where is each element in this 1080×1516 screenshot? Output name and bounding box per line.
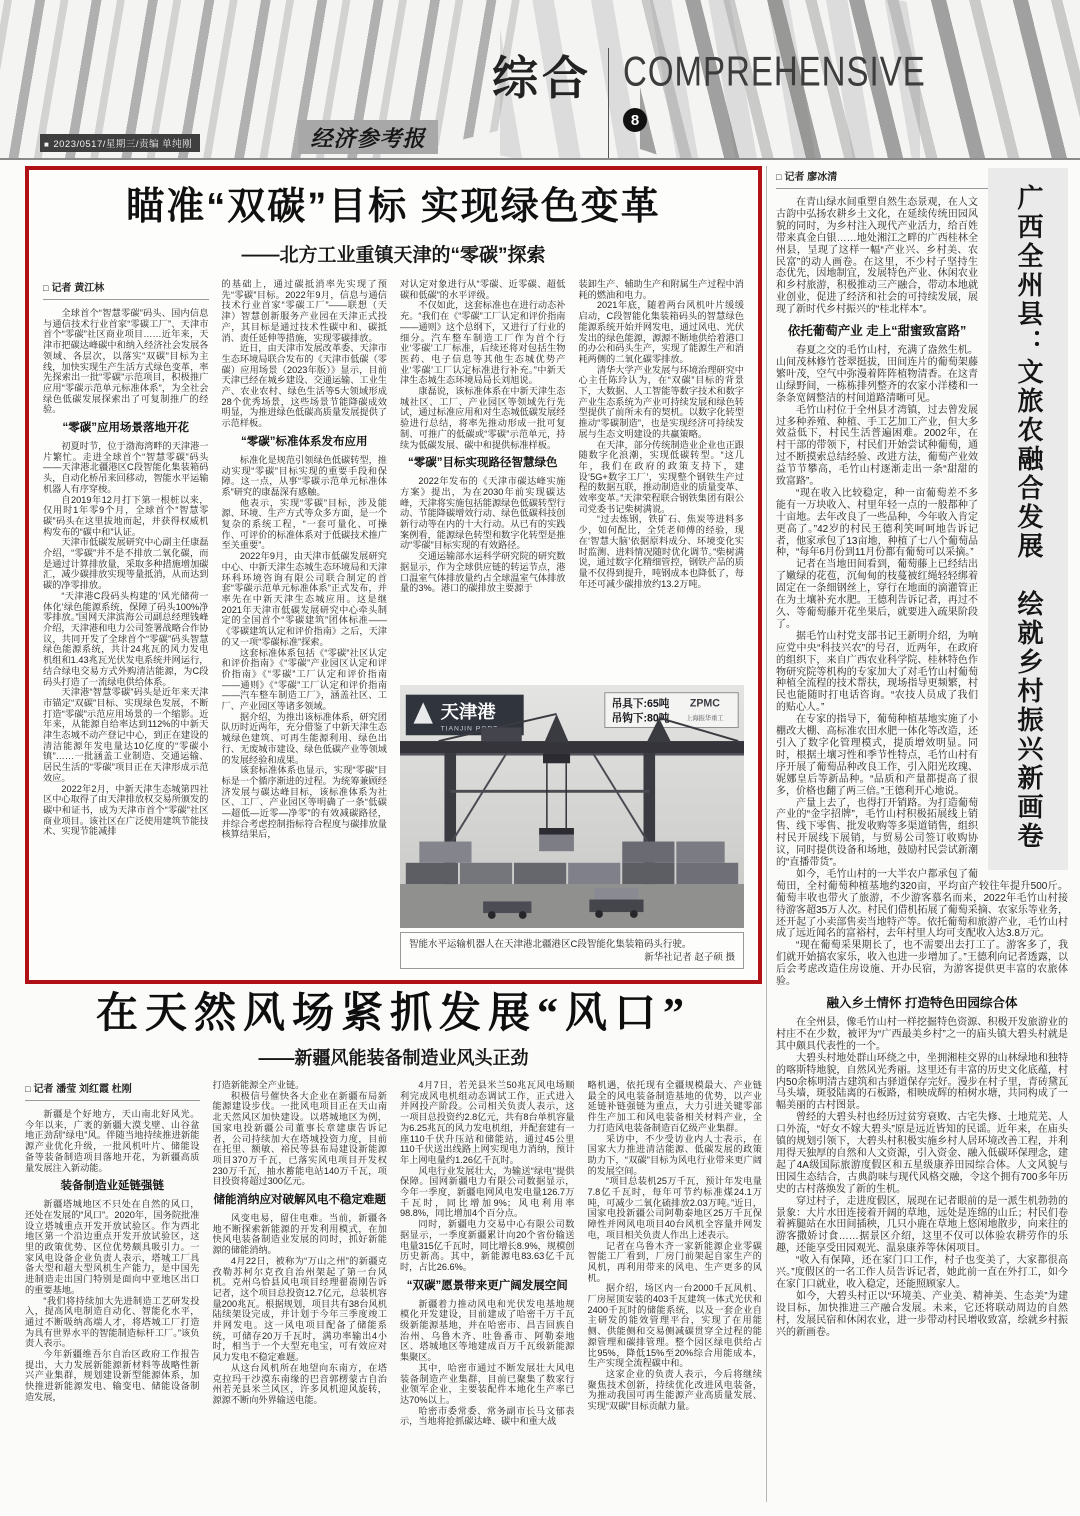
hanging-container	[539, 834, 574, 850]
section-header: “零碳”应用场景落地开花	[43, 422, 209, 435]
paragraph: “现在葡萄采果期长了，也不需要出去打工了。游客多了，我们就开始搞农家乐，收入也进…	[776, 940, 1068, 988]
zpmc-logo-sub: 上海振华重工	[686, 712, 724, 721]
section-header: 储能消纳应对破解风电不稳定难题	[213, 1194, 388, 1207]
page-number-badge: 8	[623, 108, 647, 132]
article-column-2: 打造新能源全产业链。积极信号催快各大企业在新疆布局新能源建设步伐。一批风电项目正…	[213, 1080, 388, 1506]
paragraph: “天津港C段码头构建的‘风光储荷一体化’绿色能源系统，保障了码头100%净零排放…	[43, 591, 209, 687]
date-line: 2023/0517/星期三/责编 单纯刚	[40, 134, 200, 152]
main-subtitle: ——北方工业重镇天津的“零碳”探索	[43, 240, 744, 267]
right-article: 广西全州县：文旅农融合发展 绘就乡村振兴新画卷 记者 廖冰清在青山绿水间重塑自然…	[776, 168, 1068, 1508]
article-column-4: 略机遇，依托现有全疆规模最大、产业链最全的风电装备制造基地的优势，以产业延链补链…	[588, 1080, 763, 1506]
section-header: 融入乡土情怀 打造特色田园综合体	[776, 997, 1068, 1010]
paragraph: 曾经的大碧头村也经历过贫穷衰败、古宅失修、土地荒芜、人口外流，“好女不嫁大碧头”…	[776, 1112, 1068, 1195]
paragraph: 该套标准体系也显示，实现“零碳”目标是一个循序渐进的过程。为统筹兼顾经济发展与碳…	[222, 765, 388, 840]
paragraph: “项目总装机25万千瓦，预计年发电量7.8亿千瓦时，每年可节约标准煤24.1万吨…	[588, 1176, 763, 1240]
paragraph: 新疆着力推动风电和光伏发电基地规模化开发建设，目前建成了哈密千万千瓦级新能源基地…	[400, 1299, 575, 1363]
section-title-block: 综合 COMPREHENSIVE 8	[492, 48, 926, 160]
vertical-headline: 广西全州县：文旅农融合发展 绘就乡村振兴新画卷	[988, 168, 1068, 870]
crane-girder	[400, 741, 744, 754]
section-header: “双碳”愿景带来更广阔发展空间	[400, 1280, 575, 1293]
paragraph: “过去炼钢，铁矿石、焦炭等进料多少，如何配比，全凭老师傅的经验，现在‘智慧大脑’…	[579, 514, 745, 589]
article-column-3: 4月7日，若羌县米兰50兆瓦风电场顺利完成风电机组动态调试工作，正式进入并网投产…	[400, 1080, 575, 1506]
paragraph: 其中，哈密市通过不断发展壮大风电装备制造产业集群，目前已聚集了数家行业领军企业，…	[400, 1363, 575, 1406]
main-article: 瞄准“双碳”目标 实现绿色变革 ——北方工业重镇天津的“零碳”探索 记者 黄江林…	[25, 166, 762, 984]
paragraph: 标准化是规范引领绿色低碳转型，推动实现“零碳”目标实现的重要手段和保障。这一点，…	[222, 455, 388, 498]
section-header: “零碳”标准体系发布应用	[222, 436, 388, 449]
article-column-4: 装卸生产、辅助生产和附属生产过程中消耗的燃油和电力。2021年底，随着两台风机叶…	[579, 279, 745, 639]
paragraph: 天津市低碳发展研究中心副主任康磊介绍，“零碳”并不是不排放二氧化碳，而是通过计算…	[43, 537, 209, 591]
paragraph: 初夏时节，位于渤海湾畔的天津港一片繁忙。走进全球首个“智慧零碳”码头——天津港北…	[43, 441, 209, 495]
paragraph: 大碧头村地处群山环绕之中，坐拥湘桂交界的山林绿地和独特的喀斯特地貌，自然风光秀丽…	[776, 1053, 1068, 1113]
wind-subtitle: ——新疆风能装备制造业风头正劲	[25, 1044, 762, 1070]
section-title-cn: 综合	[492, 48, 592, 110]
crane-trolley	[543, 753, 570, 763]
paragraph: 他表示，实现“零碳”目标，涉及能源、环境、生产方式等众多方面，是一个复杂的系统工…	[222, 498, 388, 552]
paragraph: 自2019年12月打下第一根桩以来，仅用时1年零9个月，全球首个“智慧零碳”码头…	[43, 495, 209, 538]
byline: 记者 潘莹 刘红霞 杜刚	[25, 1080, 200, 1101]
port-sign-cn: 天津港	[441, 700, 497, 721]
paragraph: 2022年2月，中新天津生态城第四社区中心取得了由天津排放权交易所颁发的碳中和证…	[43, 784, 209, 838]
paragraph: 天津港“智慧零碳”码头是近年来天津市锚定“双碳”目标、实现绿色发展，不断打造“零…	[43, 687, 209, 783]
paragraph: “收入有保障，还在家门口工作，村子也变美了，大家都很高兴。”度假区的一名工作人员…	[776, 1255, 1068, 1291]
paragraph: 据介绍，场区内一台2000千瓦风机、厂房屋顶安装的403千瓦建筑一体式光伏和24…	[588, 1283, 763, 1369]
byline: 记者 黄江林	[43, 279, 209, 300]
paragraph: 在天津，部分传统制造业企业也正跟随数字化浪潮，实现低碳转型。“这几年，我们在政府…	[579, 440, 745, 515]
paragraph: 据介绍，为推出该标准体系，研究团队历时近两年，充分借鉴了中新天津生态城绿色建筑、…	[222, 712, 388, 766]
paragraph: 记者在乌鲁木齐一家新能源企业零碳智能工厂看到，厂房门前架起自家生产的风机，再利用…	[588, 1241, 763, 1284]
paragraph: 如今，毛竹山村的一大半农户都承包了葡萄田，全村葡萄种植基地约320亩，平均亩产较…	[776, 869, 1068, 940]
article-column-2: 的基础上，通过碳抵消率先实现了预先“零碳”目标。2022年9月，信息与通信技术行…	[222, 279, 388, 969]
paragraph: 清华大学产业发展与环境治理研究中心主任陈玲认为，在“双碳”目标的背景下，大数据、…	[579, 365, 745, 440]
paragraph: 2021年底，随着两台风机叶片缓缓启动，C段智能化集装箱码头的智慧绿色能源系统开…	[579, 300, 745, 364]
masthead-logo: 经济参考报	[298, 120, 438, 154]
paragraph: 如今，大碧头村正以“环境美、产业美、精神美、生态美”为建设目标，加快推进三产融合…	[776, 1291, 1068, 1339]
section-divider	[608, 48, 609, 160]
main-headline: 瞄准“双碳”目标 实现绿色变革	[43, 184, 744, 230]
paragraph: 积极信号催快各大企业在新疆布局新能源建设步伐。一批风电项目正在天山南北天然风区加…	[213, 1091, 388, 1187]
photo-caption: 智能水平运输机器人在天津港北疆港区C段智能化集装箱码头行驶。 新华社记者 赵子硕…	[400, 932, 744, 969]
paragraph: 风变电易，留住电难。当前，新疆各地不断探索新能源的开发利用模式，在加快风电装备制…	[213, 1213, 388, 1256]
paragraph: 同时，新疆电力交易中心有限公司数据显示，一季度新疆累计向20个省份输送电量315…	[400, 1219, 575, 1273]
paragraph: 采访中，不少受访业内人士表示，在国家大力推进清洁能源、低碳发展的政策助力下，“双…	[588, 1134, 763, 1177]
load-sign-1: 吊具下:65吨	[612, 697, 670, 710]
paragraph: 2022年9月，由天津市低碳发展研究中心、中新天津生态城生态环境局和天津环科环境…	[222, 551, 388, 647]
port-photo-illustration: 天津港 TIANJIN PORT 吊具下:65吨 吊钩下:80吨 ZPMC 上海…	[400, 685, 744, 929]
article-column-3: 对认定对象进行从“零碳、近零碳、超低碳和低碳”的水平评级。不仅如此，这套标准也在…	[400, 279, 566, 639]
paragraph: 哈密市委常委、常务副市长马文郁表示，当地将抢抓碳达峰、碳中和重大战	[400, 1406, 575, 1427]
wind-article-body: 记者 潘莹 刘红霞 杜刚新疆是个好地方，天山南北好风光。今年以来，广袤的新疆大漠…	[25, 1080, 762, 1506]
article-column-1: 记者 潘莹 刘红霞 杜刚新疆是个好地方，天山南北好风光。今年以来，广袤的新疆大漠…	[25, 1080, 200, 1506]
paragraph: 今年新疆维吾尔自治区政府工作报告提出，大力发展新能源新材料等战略性新兴产业集群，…	[25, 1349, 200, 1403]
quay-ground	[400, 884, 744, 928]
newspaper-page: 综合 COMPREHENSIVE 8 2023/0517/星期三/责编 单纯刚 …	[0, 0, 1080, 1516]
page-header: 综合 COMPREHENSIVE 8 2023/0517/星期三/责编 单纯刚 …	[0, 0, 1080, 160]
column-divider	[766, 166, 767, 1502]
paragraph: 从这台风机所在地望向东南方，在塔克拉玛干沙漠东南缘的巴音郭楞蒙古自治州若羌县米兰…	[213, 1363, 388, 1406]
paragraph: 这套标准体系包括《“零碳”社区认定和评价指南》《“零碳”产业园区认定和评价指南》…	[222, 648, 388, 712]
section-header: “零碳”目标实现路径智慧绿色	[400, 457, 566, 470]
wind-headline: 在天然风场紧抓发展“风口”	[25, 990, 762, 1038]
paragraph: 穿过村子，走进度假区，展现在记者眼前的是一派生机勃勃的景象：大片水田连接着开阔的…	[776, 1196, 1068, 1256]
paragraph: 康磊说，该标准体系在中新天津生态城社区、工厂、产业园区等领域先行先试，通过标准应…	[400, 386, 566, 450]
wind-article: 在天然风场紧抓发展“风口” ——新疆风能装备制造业风头正劲 记者 潘莹 刘红霞 …	[25, 990, 762, 1510]
paragraph: 新疆塔城地区不只处在自然的风口，还处在发展的“风口”。2020年，国务院批准设立…	[25, 1199, 200, 1295]
paragraph: 4月7日，若羌县米兰50兆瓦风电场顺利完成风电机组动态调试工作，正式进入并网投产…	[400, 1080, 575, 1166]
paragraph: 对认定对象进行从“零碳、近零碳、超低碳和低碳”的水平评级。	[400, 279, 566, 300]
paragraph: 这家企业的负责人表示，今后将继续聚焦技术创新，持续优化改进风电装备，为推动我国可…	[588, 1369, 763, 1412]
paragraph: “我们将持续加大先进制造工艺研发投入，提高风电制造自动化、智能化水平，通过不断吸…	[25, 1296, 200, 1350]
photo-credit: 新华社记者 赵子硕 摄	[409, 951, 735, 964]
section-title-en: COMPREHENSIVE	[623, 48, 926, 96]
paragraph: 全球首个“智慧零碳”码头、国内信息与通信技术行业首家“零碳工厂”、天津市首个“零…	[43, 308, 209, 415]
paragraph: 近日，由天津市发展改革委、天津市生态环境局联合发布的《天津市低碳（零碳）应用场景…	[222, 343, 388, 429]
article-column-1: 记者 黄江林全球首个“智慧零碳”码头、国内信息与通信技术行业首家“零碳工厂”、天…	[43, 279, 209, 969]
paragraph: 略机遇，依托现有全疆规模最大、产业链最全的风电装备制造基地的优势，以产业延链补链…	[588, 1080, 763, 1134]
paragraph: 在全州县，像毛竹山村一样挖掘特色资源、积极开发旅游业的村庄不在少数，被评为“广西…	[776, 1017, 1068, 1053]
paragraph: 新疆是个好地方，天山南北好风光。今年以来，广袤的新疆大漠戈壁、山谷盆地正劲刮“绿…	[25, 1109, 200, 1173]
port-photo-block: 天津港 TIANJIN PORT 吊具下:65吨 吊钩下:80吨 ZPMC 上海…	[400, 639, 744, 969]
paragraph: 的基础上，通过碳抵消率先实现了预先“零碳”目标。2022年9月，信息与通信技术行…	[222, 279, 388, 343]
paragraph: 装卸生产、辅助生产和附属生产过程中消耗的燃油和电力。	[579, 279, 745, 300]
masthead-text: 经济参考报	[310, 122, 425, 153]
paragraph: 风电行业发展壮大，为输送“绿电”提供保障。国网新疆电力有限公司数据显示，今年一季…	[400, 1166, 575, 1220]
paragraph: 4月22日，被称为“万山之州”的新疆克孜勒苏柯尔克孜自治州架起了第一台风机。克州…	[213, 1256, 388, 1363]
paragraph: 打造新能源全产业链。	[213, 1080, 388, 1091]
paragraph: 2022年发布的《天津市碳达峰实施方案》提出，为在2030年前实现碳达峰，天津将…	[400, 476, 566, 551]
photo-caption-text: 智能水平运输机器人在天津港北疆港区C段智能化集装箱码头行驶。	[409, 938, 735, 951]
main-article-body: 记者 黄江林全球首个“智慧零碳”码头、国内信息与通信技术行业首家“零碳工厂”、天…	[43, 279, 744, 969]
paragraph: 交通运输部水运科学研究院的研究数据显示，作为全球供应链的转运节点，港口温室气体排…	[400, 551, 566, 594]
paragraph: 不仅如此，这套标准也在进行动态补充。“我们在《“零碳”工厂认定和评价指南——通则…	[400, 300, 566, 386]
section-header: 装备制造业延链强链	[25, 1180, 200, 1193]
zpmc-logo: ZPMC	[690, 697, 720, 709]
